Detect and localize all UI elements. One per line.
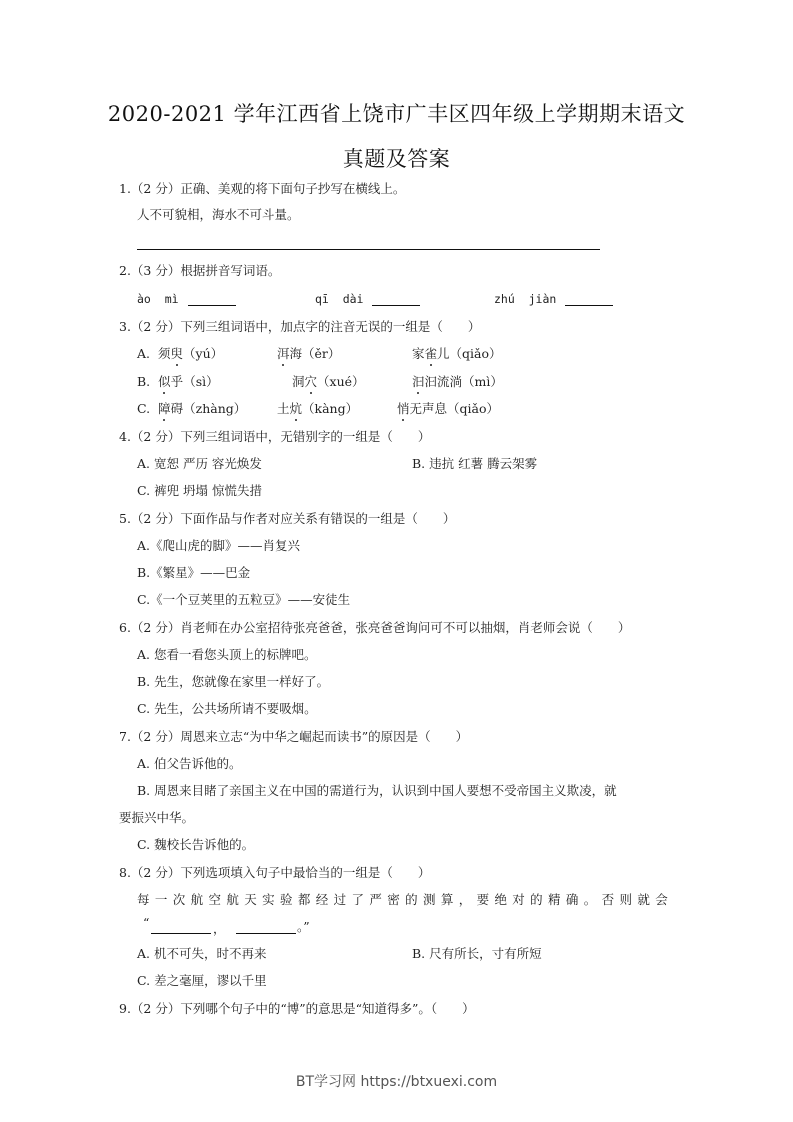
pinyin-1-answer-line[interactable]	[188, 305, 236, 306]
dotted-char: 穴	[305, 373, 318, 391]
question-1-answer-line[interactable]	[137, 249, 600, 250]
question-9-stem: 9.（2 分）下列哪个句子中的“博”的意思是“知道得多”。（ ）	[119, 1000, 475, 1018]
pinyin-2: qī dài	[315, 290, 363, 308]
dotted-char: 汩	[412, 373, 425, 391]
document-title-line1: 2020-2021 学年江西省上饶市广丰区四年级上学期期末语文	[0, 98, 793, 128]
pinyin-3-answer-line[interactable]	[565, 305, 613, 306]
dotted-char: 似	[158, 373, 171, 391]
pinyin-2-answer-line[interactable]	[372, 305, 420, 306]
question-5-option-c[interactable]: C.《一个豆荚里的五粒豆》——安徒生	[137, 591, 350, 609]
pinyin-3: zhú jiàn	[494, 290, 556, 308]
question-1-stem: 1.（2 分）正确、美观的将下面句子抄写在横线上。	[119, 180, 405, 198]
question-4-option-a[interactable]: A. 宽恕 严历 容光焕发	[137, 455, 262, 473]
question-8-option-a[interactable]: A. 机不可失，时不再来	[137, 945, 266, 963]
question-3-option-a[interactable]: A. 须臾（yú）	[137, 345, 223, 363]
question-7-option-b-continued: 要振兴中华。	[119, 809, 194, 827]
question-3-option-c-item-2: 土炕（kàng）	[277, 400, 358, 418]
question-8-option-b[interactable]: B. 尺有所长，寸有所短	[412, 945, 542, 963]
footer-watermark: BT学习网 https://btxuexi.com	[0, 1071, 793, 1091]
question-8-blank-1[interactable]	[151, 933, 211, 934]
dotted-char: 障	[158, 400, 171, 418]
option-label: B.	[137, 374, 150, 389]
option-label: C.	[137, 401, 150, 416]
question-7-option-b[interactable]: B. 周恩来目睹了亲国主义在中国的需道行为，认识到中国人要想不受帝国主义欺凌，就	[137, 782, 617, 800]
dotted-char: 雀	[425, 345, 438, 363]
question-4-option-c[interactable]: C. 裤兜 坍塌 惊慌失措	[137, 482, 262, 500]
question-4-stem: 4.（2 分）下列三组词语中，无错别字的一组是（ ）	[119, 428, 430, 446]
question-6-option-b[interactable]: B. 先生，您就像在家里一样好了。	[137, 673, 329, 691]
question-1-sentence: 人不可貌相，海水不可斗量。	[137, 206, 300, 224]
dotted-char: 臾	[171, 345, 184, 363]
question-3-option-a-item-3: 家雀儿（qiǎo）	[412, 345, 502, 363]
question-5-option-b[interactable]: B.《繁星》——巴金	[137, 564, 250, 582]
question-3-option-c[interactable]: C. 障碍（zhàng）	[137, 400, 246, 418]
question-8-stem: 8.（2 分）下列选项填入句子中最恰当的一组是（ ）	[119, 864, 430, 882]
option-label: A.	[137, 346, 150, 361]
question-8-passage: 每一次航空航天实验都经过了严密的测算，要绝对的精确。否则就会	[137, 891, 673, 909]
question-3-option-b[interactable]: B. 似乎（sì）	[137, 373, 219, 391]
question-8-close-quote: 。”	[297, 918, 310, 936]
question-3-stem: 3.（2 分）下列三组词语中，加点字的注音无误的一组是（ ）	[119, 318, 480, 336]
question-4-option-b[interactable]: B. 违抗 红薯 腾云架雾	[412, 455, 537, 473]
question-3-option-a-item-2: 洱海（ěr）	[277, 345, 340, 363]
question-8-open-quote: “	[143, 914, 149, 932]
question-7-stem: 7.（2 分）周恩来立志“为中华之崛起而读书”的原因是（ ）	[119, 728, 468, 746]
question-3-option-b-item-3: 汩汩流淌（mì）	[412, 373, 503, 391]
question-7-option-c[interactable]: C. 魏校长告诉他的。	[137, 836, 254, 854]
question-2-stem: 2.（3 分）根据拼音写词语。	[119, 262, 280, 280]
pinyin-1: ào mì	[137, 290, 179, 308]
question-6-stem: 6.（2 分）肖老师在办公室招待张亮爸爸，张亮爸爸询问可不可以抽烟，肖老师会说（…	[119, 619, 630, 637]
exam-page: 2020-2021 学年江西省上饶市广丰区四年级上学期期末语文 真题及答案 1.…	[0, 0, 793, 1122]
question-3-option-c-item-3: 悄无声息（qiǎo）	[397, 400, 499, 418]
question-7-option-a[interactable]: A. 伯父告诉他的。	[137, 755, 241, 773]
question-6-option-a[interactable]: A. 您看一看您头顶上的标牌吧。	[137, 646, 316, 664]
document-title-line2: 真题及答案	[0, 143, 793, 173]
question-8-blank-2[interactable]	[236, 933, 296, 934]
question-5-stem: 5.（2 分）下面作品与作者对应关系有错误的一组是（ ）	[119, 510, 455, 528]
question-6-option-c[interactable]: C. 先生，公共场所请不要吸烟。	[137, 700, 317, 718]
question-8-option-c[interactable]: C. 差之毫厘，谬以千里	[137, 972, 267, 990]
question-5-option-a[interactable]: A.《爬山虎的脚》——肖复兴	[137, 537, 300, 555]
question-3-option-b-item-2: 洞穴（xué）	[292, 373, 365, 391]
dotted-char: 悄	[397, 400, 410, 418]
dotted-char: 炕	[290, 400, 303, 418]
question-8-separator: ，	[213, 920, 226, 938]
dotted-char: 洱	[277, 345, 290, 363]
